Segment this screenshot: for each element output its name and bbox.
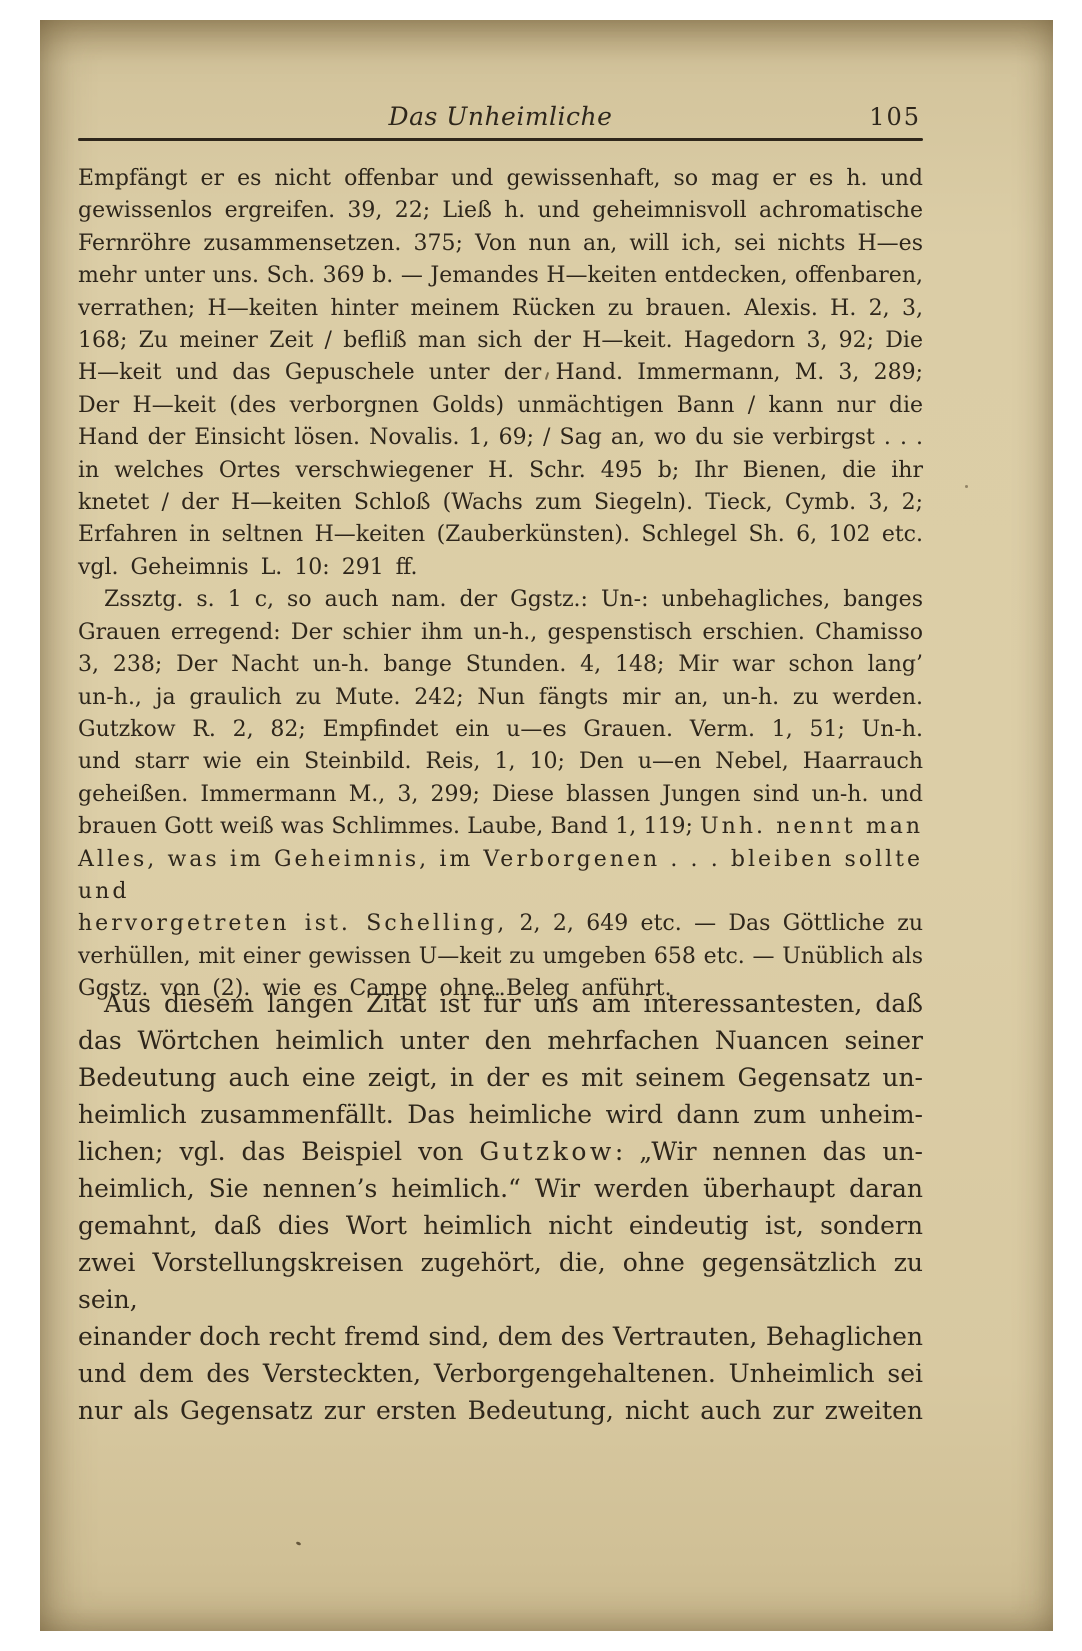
- header-rule: [78, 138, 923, 141]
- text-line: Erfahren in seltnen H—keiten (Zauberküns…: [78, 519, 923, 551]
- text-segment: gewissenlos ergreifen. 39, 22; Ließ h. u…: [78, 198, 923, 223]
- text-segment: heimlich, Sie nennen’s heimlich.“ Wir we…: [78, 1174, 923, 1203]
- text-segment: heimlich zusammenfällt. Das heimliche wi…: [78, 1100, 923, 1129]
- text-line: Bedeutung auch eine zeigt, in der es mit…: [78, 1059, 923, 1096]
- text-segment: Aus diesem langen Zitat ist für uns am i…: [104, 989, 923, 1018]
- text-segment: gemahnt, daß dies Wort heimlich nicht ei…: [78, 1211, 923, 1240]
- text-line: gewissenlos ergreifen. 39, 22; Ließ h. u…: [78, 195, 923, 227]
- text-segment: : „Wir nennen das un-: [615, 1137, 923, 1166]
- text-line: vgl. Geheimnis L. 10: 291 ff.: [78, 552, 923, 584]
- text-segment: Gutzkow R. 2, 82; Empfindet ein u—es Gra…: [78, 717, 923, 742]
- text-line: Alles, was im Geheimnis, im Verborgenen …: [78, 844, 923, 909]
- text-line: verhüllen, mit einer gewissen U—keit zu …: [78, 941, 923, 973]
- text-segment: Empfängt er es nicht offenbar und gewiss…: [78, 166, 923, 191]
- text-segment: nur als Gegensatz zur ersten Bedeutung, …: [78, 1396, 923, 1425]
- text-line: und starr wie ein Steinbild. Reis, 1, 10…: [78, 746, 923, 778]
- text-segment: 3, 238; Der Nacht un-h. bange Stunden. 4…: [78, 652, 923, 677]
- text-line: heimlich zusammenfällt. Das heimliche wi…: [78, 1096, 923, 1133]
- text-line: H—keit und das Gepuschele unter der Hand…: [78, 357, 923, 389]
- text-line: zwei Vorstellungskreisen zugehört, die, …: [78, 1244, 923, 1318]
- text-segment: geheißen. Immermann M., 3, 299; Diese bl…: [78, 782, 923, 807]
- emphasized-text-segment: Gutzkow: [479, 1137, 614, 1166]
- text-line: verrathen; H—keiten hinter meinem Rücken…: [78, 293, 923, 325]
- text-line: und dem des Versteckten, Verborgengehalt…: [78, 1355, 923, 1392]
- text-line: brauen Gott weiß was Schlimmes. Laube, B…: [78, 811, 923, 843]
- text-segment: verrathen; H—keiten hinter meinem Rücken…: [78, 296, 923, 321]
- text-line: Hand der Einsicht lösen. Novalis. 1, 69;…: [78, 422, 923, 454]
- commentary-paragraph: Aus diesem langen Zitat ist für uns am i…: [78, 985, 923, 1429]
- text-segment: Fernröhre zusammensetzen. 375; Von nun a…: [78, 231, 923, 256]
- text-segment: Grauen erregend: Der schier ihm un-h., g…: [78, 620, 923, 645]
- text-segment: einander doch recht fremd sind, dem des …: [78, 1322, 923, 1351]
- text-segment: Bedeutung auch eine zeigt, in der es mit…: [78, 1063, 923, 1092]
- text-segment: und dem des Versteckten, Verborgengehalt…: [78, 1359, 923, 1388]
- text-line: gemahnt, daß dies Wort heimlich nicht ei…: [78, 1207, 923, 1244]
- text-line: Zssztg. s. 1 c, so auch nam. der Ggstz.:…: [78, 584, 923, 616]
- text-segment: knetet / der H—keiten Schloß (Wachs zum …: [78, 490, 923, 515]
- text-segment: verhüllen, mit einer gewissen U—keit zu …: [78, 944, 923, 969]
- text-segment: H—keit und das Gepuschele unter der Hand…: [78, 360, 923, 385]
- text-segment: lichen; vgl. das Beispiel von: [78, 1137, 479, 1166]
- emphasized-text-segment: Unh. nennt man: [700, 814, 923, 839]
- text-segment: Der H—keit (des verborgnen Golds) unmäch…: [78, 393, 923, 418]
- page-number: 105: [869, 103, 921, 131]
- text-segment: in welches Ortes verschwiegener H. Schr.…: [78, 458, 923, 483]
- text-line: heimlich, Sie nennen’s heimlich.“ Wir we…: [78, 1170, 923, 1207]
- text-segment: das Wörtchen heimlich unter den mehrfach…: [78, 1026, 923, 1055]
- text-segment: brauen Gott weiß was Schlimmes. Laube, B…: [78, 814, 700, 839]
- text-segment: 2, 2, 649 etc. — Das Göttliche zu: [507, 911, 923, 936]
- emphasized-text-segment: hervorgetreten ist. Schelling,: [78, 911, 507, 936]
- text-line: Empfängt er es nicht offenbar und gewiss…: [78, 163, 923, 195]
- text-segment: un-h., ja graulich zu Mute. 242; Nun fän…: [78, 685, 923, 710]
- page-header: Das Unheimliche 105: [78, 102, 923, 138]
- text-segment: vgl. Geheimnis L. 10: 291 ff.: [78, 555, 418, 580]
- running-title: Das Unheimliche: [78, 102, 923, 131]
- text-segment: mehr unter uns. Sch. 369 b. — Jemandes H…: [78, 263, 923, 288]
- paper-speck: [965, 485, 968, 488]
- text-segment: zwei Vorstellungskreisen zugehört, die, …: [78, 1248, 923, 1314]
- text-segment: und starr wie ein Steinbild. Reis, 1, 10…: [78, 749, 923, 774]
- scanned-book-page-screenshot: Das Unheimliche 105 Empfängt er es nicht…: [0, 0, 1082, 1651]
- text-line: hervorgetreten ist. Schelling, 2, 2, 649…: [78, 908, 923, 940]
- text-line: 3, 238; Der Nacht un-h. bange Stunden. 4…: [78, 649, 923, 681]
- emphasized-text-segment: Alles, was im Geheimnis, im Verborgenen …: [78, 847, 923, 904]
- text-segment: Erfahren in seltnen H—keiten (Zauberküns…: [78, 522, 923, 547]
- text-line: Fernröhre zusammensetzen. 375; Von nun a…: [78, 228, 923, 260]
- text-line: knetet / der H—keiten Schloß (Wachs zum …: [78, 487, 923, 519]
- text-line: das Wörtchen heimlich unter den mehrfach…: [78, 1022, 923, 1059]
- text-segment: Zssztg. s. 1 c, so auch nam. der Ggstz.:…: [104, 587, 923, 612]
- text-line: lichen; vgl. das Beispiel von Gutzkow: „…: [78, 1133, 923, 1170]
- text-segment: Hand der Einsicht lösen. Novalis. 1, 69;…: [78, 425, 923, 450]
- text-line: mehr unter uns. Sch. 369 b. — Jemandes H…: [78, 260, 923, 292]
- dictionary-quote-block: Empfängt er es nicht offenbar und gewiss…: [78, 163, 923, 1006]
- text-line: Gutzkow R. 2, 82; Empfindet ein u—es Gra…: [78, 714, 923, 746]
- text-line: 168; Zu meiner Zeit / befliß man sich de…: [78, 325, 923, 357]
- text-line: un-h., ja graulich zu Mute. 242; Nun fän…: [78, 682, 923, 714]
- text-line: in welches Ortes verschwiegener H. Schr.…: [78, 455, 923, 487]
- text-line: Grauen erregend: Der schier ihm un-h., g…: [78, 617, 923, 649]
- text-block: Das Unheimliche 105 Empfängt er es nicht…: [78, 20, 923, 1631]
- text-line: nur als Gegensatz zur ersten Bedeutung, …: [78, 1392, 923, 1429]
- book-page: Das Unheimliche 105 Empfängt er es nicht…: [40, 20, 1053, 1631]
- text-line: Aus diesem langen Zitat ist für uns am i…: [78, 985, 923, 1022]
- text-line: einander doch recht fremd sind, dem des …: [78, 1318, 923, 1355]
- text-line: geheißen. Immermann M., 3, 299; Diese bl…: [78, 779, 923, 811]
- text-segment: 168; Zu meiner Zeit / befliß man sich de…: [78, 328, 923, 353]
- text-line: Der H—keit (des verborgnen Golds) unmäch…: [78, 390, 923, 422]
